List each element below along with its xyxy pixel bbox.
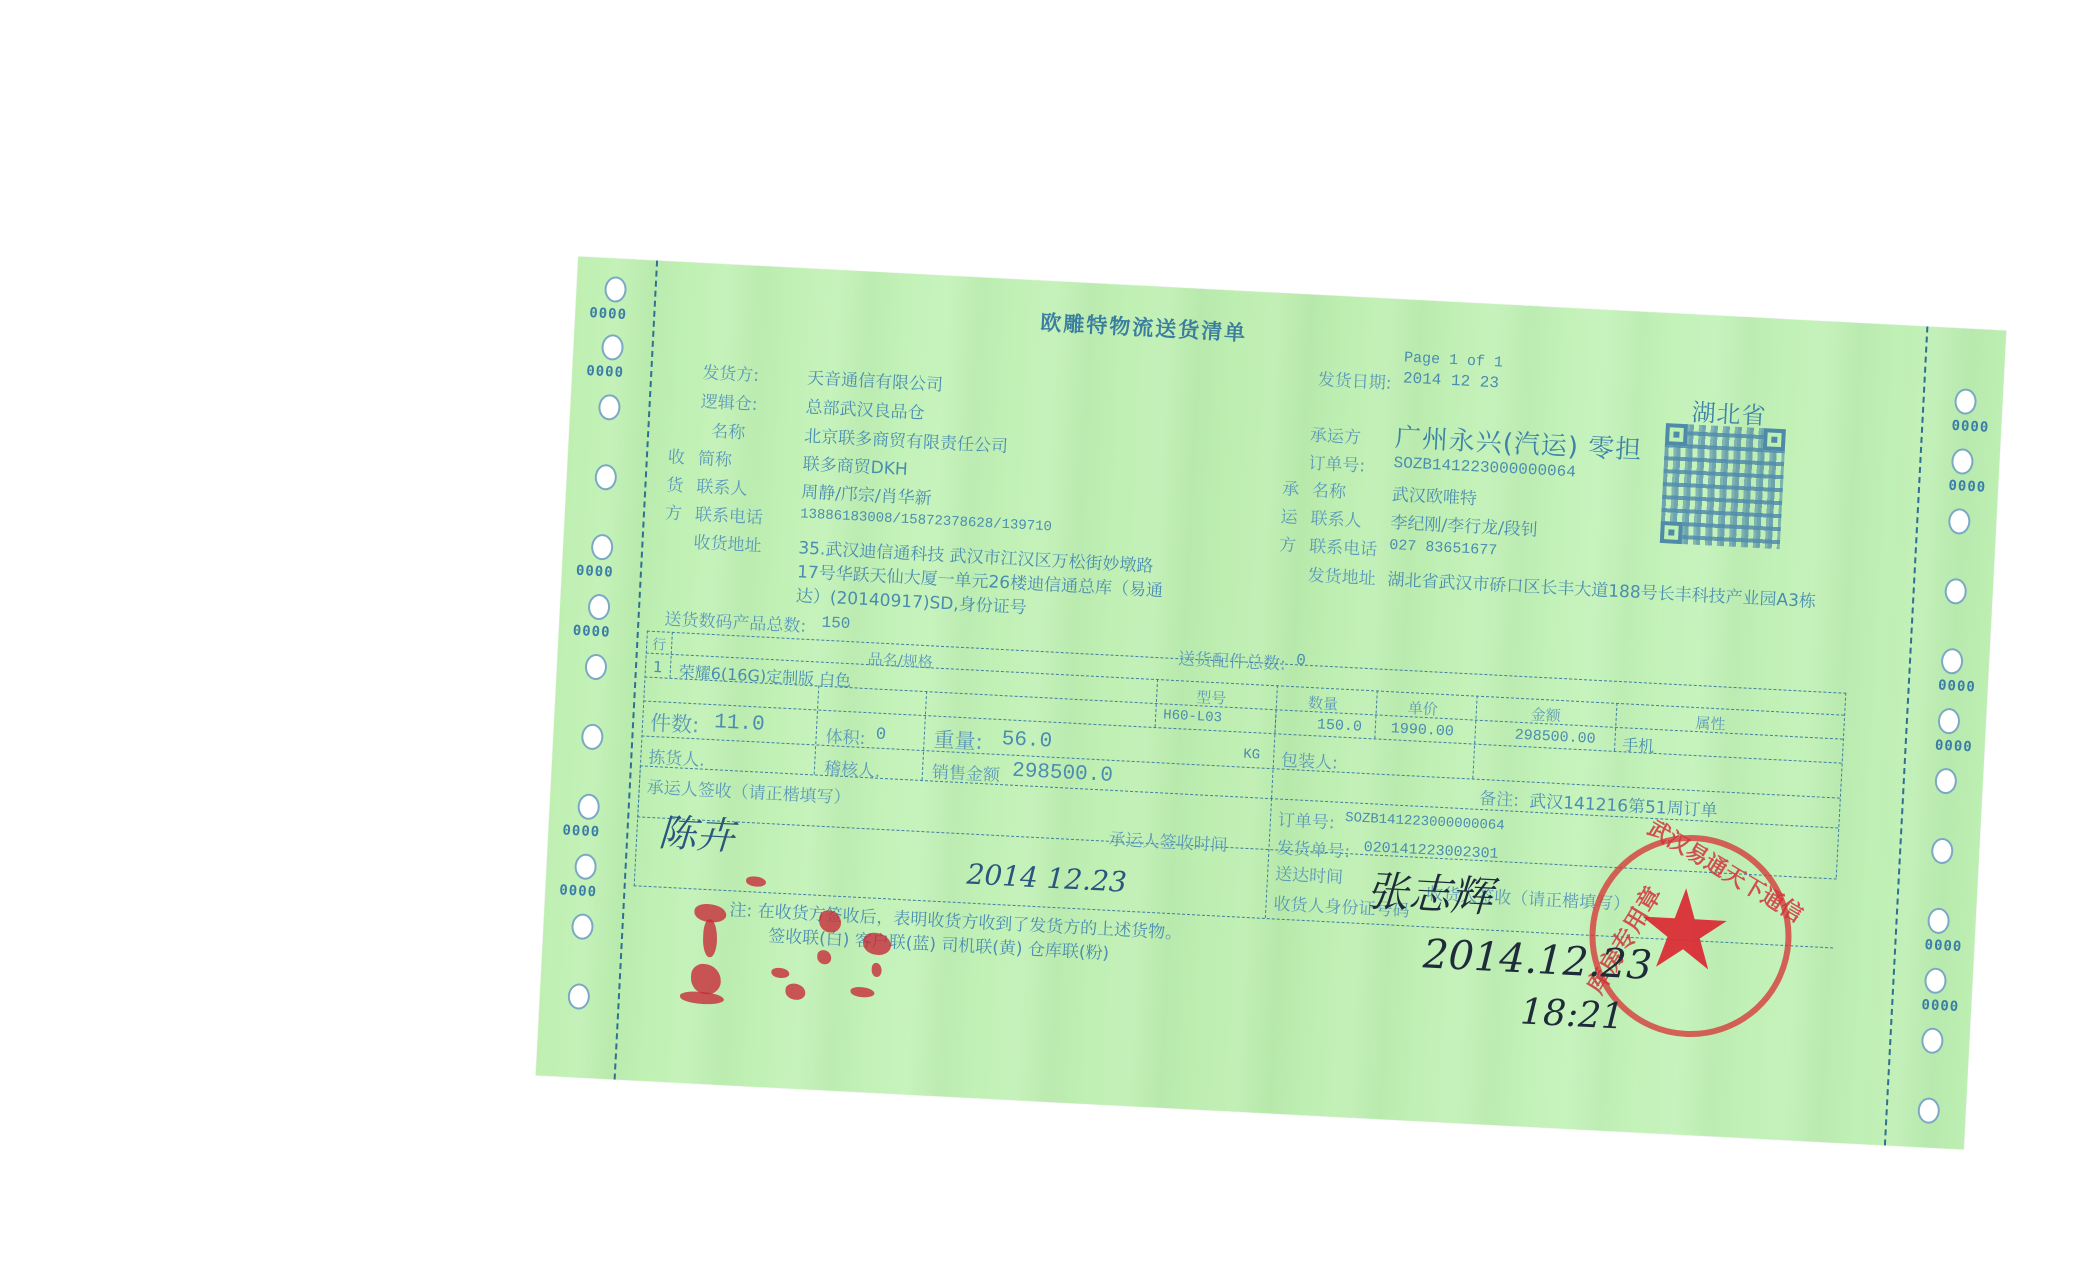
tractor-hole	[1940, 648, 1963, 675]
header-model: 型号	[1196, 686, 1227, 709]
qr-finder-icon	[1763, 428, 1786, 451]
carrier-signature: 陈卉	[657, 801, 736, 860]
ship-address-label: 发货地址	[1307, 561, 1376, 589]
cell-model: H60-L03	[1163, 707, 1223, 726]
margin-code: 0000	[1921, 997, 1959, 1015]
logistics-warehouse-label: 逻辑仓:	[700, 387, 758, 415]
consignee-time: 18:21	[1519, 991, 1625, 1037]
header-attribute: 属性	[1695, 712, 1726, 735]
weight-value: 56.0	[1001, 728, 1053, 754]
carrier-name-label: 名称	[1312, 476, 1347, 503]
document-title: 欧雕特物流送货清单	[1040, 307, 1248, 348]
margin-code: 0000	[1935, 737, 1973, 755]
receiver-phone-label: 联系电话	[694, 500, 763, 528]
tractor-hole	[1944, 578, 1967, 605]
order-no-label: 订单号:	[1308, 449, 1366, 477]
arrival-time-label: 送达时间	[1275, 859, 1344, 887]
header-name-spec: 品名/规格	[867, 648, 933, 672]
margin-code: 0000	[1948, 478, 1986, 496]
pieces-label: 件数:	[649, 707, 700, 740]
packer-label: 包装人:	[1281, 746, 1339, 774]
carrier-contact-label: 联系人	[1310, 504, 1362, 532]
sender-label: 发货方:	[702, 358, 760, 386]
tractor-hole	[567, 983, 590, 1010]
margin-code: 0000	[586, 363, 624, 381]
header-unit-price: 单价	[1407, 697, 1438, 720]
carrier-label: 承运方	[1309, 421, 1361, 449]
ship-address-value: 湖北省武汉市硚口区长丰大道188号长丰科技产业园A3栋	[1387, 565, 1817, 612]
margin-code: 0000	[576, 563, 614, 581]
carrier-name-value: 武汉欧唯特	[1391, 480, 1477, 509]
cell-row-no: 1	[653, 658, 663, 676]
logistics-warehouse-value: 总部武汉良品仓	[805, 393, 925, 424]
ship-no-label: 发货单号:	[1276, 833, 1351, 862]
qr-finder-icon	[1660, 521, 1683, 544]
tractor-hole	[1921, 1027, 1944, 1054]
header-amount: 金额	[1530, 703, 1561, 726]
margin-code: 0000	[1938, 678, 1976, 696]
receiver-contact-label: 联系人	[696, 472, 748, 500]
receiver-short-value: 联多商贸DKH	[802, 449, 908, 479]
cell-quantity: 150.0	[1316, 716, 1362, 735]
carrier-contact-value: 李纪刚/李行龙/段钊	[1390, 508, 1539, 541]
tractor-hole	[574, 853, 597, 880]
tractor-hole	[591, 534, 614, 561]
margin-code: 0000	[572, 623, 610, 641]
receiver-side-label-2: 货	[666, 470, 684, 496]
weight-label: 重量:	[933, 724, 984, 757]
cell-unit-price: 1990.00	[1390, 720, 1454, 740]
tractor-hole	[1917, 1097, 1940, 1124]
receiver-phone-value: 13886183008/15872378628/139710	[800, 506, 1053, 535]
remark-label: 备注:	[1479, 784, 1520, 811]
tractor-hole	[1931, 837, 1954, 864]
tractor-hole	[1937, 708, 1960, 735]
tractor-hole	[598, 394, 621, 421]
margin-code: 0000	[589, 305, 627, 323]
header-quantity: 数量	[1308, 692, 1339, 715]
tractor-hole	[581, 723, 604, 750]
tractor-hole	[594, 464, 617, 491]
receiver-side-label-3: 方	[664, 498, 682, 524]
volume-label: 体积:	[825, 722, 866, 749]
receiver-name-label: 名称	[711, 417, 746, 444]
carrier-phone-value: 027 83651677	[1389, 537, 1498, 560]
left-smudged-stamp	[578, 257, 2006, 331]
tractor-hole	[1948, 508, 1971, 535]
sender-value: 天音通信有限公司	[807, 364, 944, 396]
total-products-value: 150	[821, 614, 851, 633]
pieces-value: 11.0	[714, 711, 766, 737]
consignee-signature: 张志辉	[1365, 858, 1494, 924]
cell-attribute: 手机	[1622, 732, 1655, 757]
carrier-side-label-2: 运	[1280, 502, 1298, 528]
carrier-side-label-3: 方	[1279, 530, 1297, 556]
carrier-phone-label: 联系电话	[1309, 532, 1378, 560]
tractor-hole	[584, 653, 607, 680]
receiver-side-label-1: 收	[667, 442, 685, 468]
tractor-hole	[577, 793, 600, 820]
page-indicator: Page 1 of 1	[1404, 349, 1504, 371]
tractor-hole	[1954, 388, 1977, 415]
tractor-hole	[604, 276, 627, 303]
tractor-hole	[1924, 967, 1947, 994]
receiver-address-label: 收货地址	[693, 528, 762, 556]
tractor-hole	[1934, 768, 1957, 795]
margin-code: 0000	[1951, 418, 1989, 436]
tractor-hole	[571, 913, 594, 940]
receiver-contact-value: 周静/邝宗/肖华新	[801, 477, 933, 509]
tractor-hole	[1951, 448, 1974, 475]
carrier-side-label-1: 承	[1282, 474, 1300, 500]
ship-date-label: 发货日期:	[1317, 365, 1392, 394]
header-row-no: 行	[652, 634, 667, 655]
tractor-hole	[587, 594, 610, 621]
weight-unit: KG	[1243, 747, 1261, 764]
right-perforation-line	[1884, 326, 1928, 1145]
qr-finder-icon	[1665, 423, 1688, 446]
margin-code: 0000	[559, 882, 597, 900]
delivery-slip: 0000 0000 0000 0000 0000 0000 0000 0000 …	[536, 257, 2007, 1150]
qr-code-icon	[1660, 423, 1786, 549]
receiver-short-label: 简称	[697, 444, 732, 471]
margin-code: 0000	[562, 822, 600, 840]
ship-date: 2014 12 23	[1403, 369, 1500, 392]
tractor-hole	[1927, 907, 1950, 934]
volume-value: 0	[875, 726, 886, 746]
margin-code: 0000	[1924, 937, 1962, 955]
tractor-hole	[601, 334, 624, 361]
order-no2-label: 订单号:	[1277, 806, 1335, 834]
